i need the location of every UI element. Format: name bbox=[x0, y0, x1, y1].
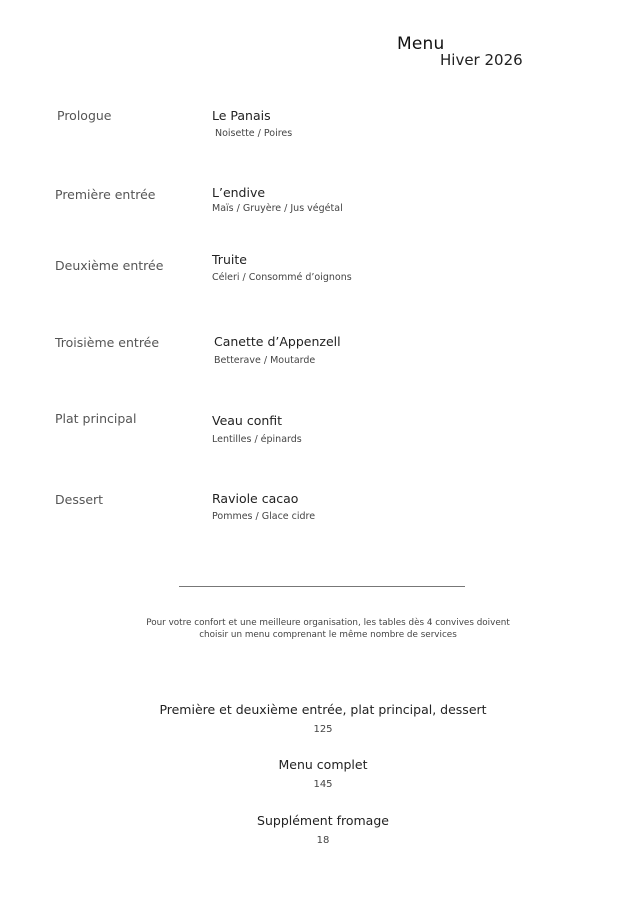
dish-name: Veau confit bbox=[212, 413, 282, 428]
group-policy-note: Pour votre confort et une meilleure orga… bbox=[140, 617, 516, 641]
dish-description: Betterave / Moutarde bbox=[214, 355, 315, 366]
dish-name: L’endive bbox=[212, 185, 265, 200]
course-label-deuxieme-entree: Deuxième entrée bbox=[55, 258, 163, 273]
menu-season: Hiver 2026 bbox=[440, 51, 523, 69]
course-label-plat-principal: Plat principal bbox=[55, 411, 136, 426]
price-option-title: Menu complet bbox=[0, 757, 640, 772]
divider-line bbox=[179, 586, 465, 587]
dish-name: Truite bbox=[212, 252, 247, 267]
price-option: Menu complet 145 bbox=[0, 757, 640, 790]
course-label-premiere-entree: Première entrée bbox=[55, 187, 156, 202]
course-label-dessert: Dessert bbox=[55, 492, 103, 507]
price-option: Première et deuxième entrée, plat princi… bbox=[0, 702, 640, 735]
dish-name: Canette d’Appenzell bbox=[214, 334, 341, 349]
price-option-title: Supplément fromage bbox=[0, 813, 640, 828]
price-option-title: Première et deuxième entrée, plat princi… bbox=[0, 702, 640, 717]
price-option-value: 145 bbox=[0, 779, 640, 790]
price-option: Supplément fromage 18 bbox=[0, 813, 640, 846]
dish-description: Lentilles / épinards bbox=[212, 434, 302, 445]
price-option-value: 125 bbox=[0, 724, 640, 735]
dish-description: Céleri / Consommé d’oignons bbox=[212, 272, 352, 283]
menu-title: Menu bbox=[397, 34, 444, 54]
dish-name: Le Panais bbox=[212, 108, 271, 123]
course-label-prologue: Prologue bbox=[57, 108, 112, 123]
price-option-value: 18 bbox=[0, 835, 640, 846]
dish-description: Pommes / Glace cidre bbox=[212, 511, 315, 522]
dish-name: Raviole cacao bbox=[212, 491, 298, 506]
dish-description: Maïs / Gruyère / Jus végétal bbox=[212, 203, 343, 214]
dish-description: Noisette / Poires bbox=[215, 128, 292, 139]
course-label-troisieme-entree: Troisième entrée bbox=[55, 335, 159, 350]
